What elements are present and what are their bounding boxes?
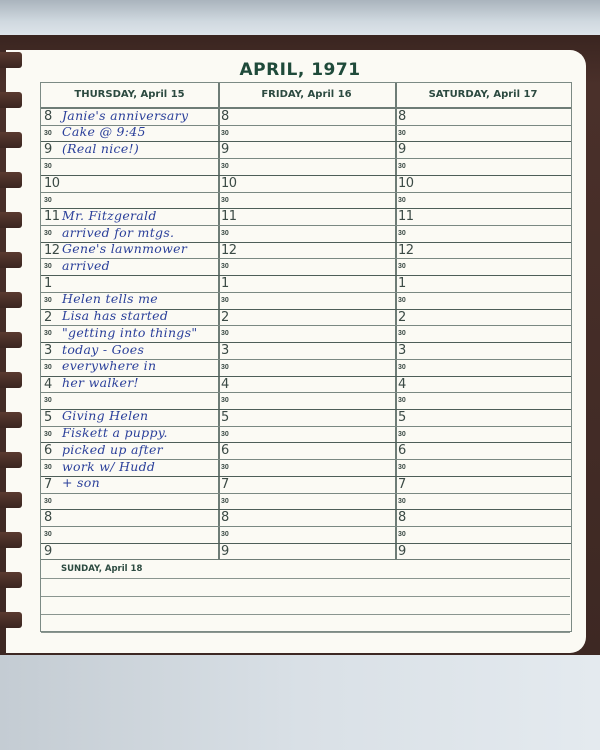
time-slot: 30 xyxy=(41,159,218,176)
spiral-ring xyxy=(0,612,22,628)
spiral-ring xyxy=(0,172,22,188)
time-label: 3 xyxy=(44,343,52,359)
time-slot: 2 xyxy=(218,310,395,327)
background-top xyxy=(0,0,600,35)
time-slot: 5 xyxy=(218,410,395,427)
time-label: 8 xyxy=(398,109,406,125)
time-slot: 9 xyxy=(41,544,218,561)
handwritten-note: Cake @ 9:45 xyxy=(62,124,146,139)
time-slot: 30 xyxy=(218,494,395,511)
time-label: 30 xyxy=(44,226,52,242)
time-slot: 30 xyxy=(395,393,571,410)
time-label: 30 xyxy=(44,126,52,142)
time-label: 30 xyxy=(44,527,52,543)
time-slot: 30 xyxy=(41,527,218,544)
time-slot: 30 xyxy=(41,494,218,511)
time-label: 9 xyxy=(221,142,229,158)
time-label: 1 xyxy=(44,276,52,292)
time-label: 30 xyxy=(398,159,406,175)
time-label: 30 xyxy=(221,126,229,142)
time-slot: 8 xyxy=(395,109,571,126)
time-label: 5 xyxy=(44,410,52,426)
day-header: FRIDAY, April 16 xyxy=(218,83,395,109)
time-label: 30 xyxy=(44,193,52,209)
time-slot: 12 xyxy=(395,243,571,260)
time-label: 30 xyxy=(398,193,406,209)
spiral-ring xyxy=(0,372,22,388)
time-slot: 30 xyxy=(395,293,571,310)
time-label: 10 xyxy=(398,176,414,192)
time-label: 4 xyxy=(398,377,406,393)
time-label: 30 xyxy=(221,360,229,376)
time-label: 2 xyxy=(221,310,229,326)
time-label: 30 xyxy=(398,126,406,142)
handwritten-note: Lisa has started xyxy=(62,308,168,323)
sunday-section: SUNDAY, April 18 xyxy=(41,559,570,631)
time-slot: 10 xyxy=(395,176,571,193)
time-label: 30 xyxy=(44,360,52,376)
time-label: 30 xyxy=(221,326,229,342)
time-label: 30 xyxy=(221,259,229,275)
time-slot: 1 xyxy=(41,276,218,293)
time-slot: 11 xyxy=(218,209,395,226)
time-slot: 30 xyxy=(218,460,395,477)
time-label: 30 xyxy=(221,293,229,309)
time-label: 10 xyxy=(44,176,60,192)
spiral-ring xyxy=(0,252,22,268)
time-label: 30 xyxy=(398,393,406,409)
time-label: 1 xyxy=(221,276,229,292)
time-label: 30 xyxy=(221,226,229,242)
spiral-ring xyxy=(0,452,22,468)
time-label: 30 xyxy=(398,360,406,376)
time-label: 9 xyxy=(44,142,52,158)
time-slot: 30 xyxy=(41,193,218,210)
time-slot: 9 xyxy=(395,544,571,561)
time-label: 8 xyxy=(221,109,229,125)
day-column-friday: FRIDAY, April 16 83093010301130123013023… xyxy=(218,83,397,559)
sunday-line xyxy=(41,579,570,597)
time-slot: 30 xyxy=(218,193,395,210)
time-label: 2 xyxy=(398,310,406,326)
spiral-ring xyxy=(0,92,22,108)
time-label: 30 xyxy=(398,326,406,342)
time-label: 30 xyxy=(398,427,406,443)
time-slot: 8 xyxy=(41,510,218,527)
time-label: 5 xyxy=(221,410,229,426)
handwritten-note: Helen tells me xyxy=(62,291,158,306)
time-label: 30 xyxy=(221,494,229,510)
time-label: 30 xyxy=(44,326,52,342)
time-label: 8 xyxy=(221,510,229,526)
day-column-saturday: SATURDAY, April 17 830930103011301230130… xyxy=(395,83,571,559)
spiral-ring xyxy=(0,572,22,588)
time-label: 4 xyxy=(221,377,229,393)
time-label: 30 xyxy=(221,393,229,409)
time-label: 30 xyxy=(44,460,52,476)
time-slot: 30 xyxy=(395,193,571,210)
spiral-ring xyxy=(0,132,22,148)
time-label: 30 xyxy=(221,159,229,175)
time-label: 12 xyxy=(221,243,237,259)
time-slot: 30 xyxy=(395,527,571,544)
handwritten-note: Janie's anniversary xyxy=(62,108,188,123)
time-label: 7 xyxy=(221,477,229,493)
time-label: 6 xyxy=(44,443,52,459)
time-slot: 10 xyxy=(218,176,395,193)
time-label: 9 xyxy=(398,142,406,158)
time-slot: 8 xyxy=(395,510,571,527)
time-slot: 30 xyxy=(395,494,571,511)
handwritten-note: her walker! xyxy=(62,375,139,390)
time-slot: 30 xyxy=(395,259,571,276)
background-bottom xyxy=(0,655,600,750)
time-slot: 30 xyxy=(395,226,571,243)
time-label: 30 xyxy=(221,460,229,476)
sunday-line xyxy=(41,597,570,615)
time-label: 8 xyxy=(44,510,52,526)
week-grid: THURSDAY, April 15 830930103011301230130… xyxy=(40,82,572,632)
time-slot: 8 xyxy=(218,109,395,126)
time-slot: 12 xyxy=(218,243,395,260)
time-label: 9 xyxy=(398,544,406,560)
time-slot: 3 xyxy=(218,343,395,360)
day-header: THURSDAY, April 15 xyxy=(41,83,218,109)
handwritten-note: Mr. Fitzgerald xyxy=(62,208,157,223)
time-label: 30 xyxy=(44,494,52,510)
time-label: 7 xyxy=(398,477,406,493)
time-label: 6 xyxy=(398,443,406,459)
time-slot: 4 xyxy=(395,377,571,394)
time-label: 30 xyxy=(44,393,52,409)
handwritten-note: (Real nice!) xyxy=(62,141,139,156)
time-slot: 10 xyxy=(41,176,218,193)
time-slot: 30 xyxy=(218,259,395,276)
time-label: 30 xyxy=(398,460,406,476)
time-slot: 30 xyxy=(395,126,571,143)
time-slot: 5 xyxy=(395,410,571,427)
day-header: SATURDAY, April 17 xyxy=(395,83,571,109)
time-label: 30 xyxy=(398,293,406,309)
time-label: 11 xyxy=(221,209,237,225)
time-label: 30 xyxy=(44,427,52,443)
time-slot: 3 xyxy=(395,343,571,360)
handwritten-note: Gene's lawnmower xyxy=(62,241,187,256)
time-slot: 9 xyxy=(395,142,571,159)
time-slot: 30 xyxy=(41,393,218,410)
time-slot: 30 xyxy=(395,159,571,176)
time-slot: 30 xyxy=(218,293,395,310)
time-slot: 9 xyxy=(218,142,395,159)
time-slot: 30 xyxy=(395,326,571,343)
time-slot: 30 xyxy=(395,460,571,477)
time-slot: 6 xyxy=(395,443,571,460)
time-label: 6 xyxy=(221,443,229,459)
time-slot: 1 xyxy=(218,276,395,293)
time-label: 4 xyxy=(44,377,52,393)
time-label: 30 xyxy=(44,293,52,309)
time-label: 11 xyxy=(44,209,60,225)
time-label: 30 xyxy=(221,193,229,209)
time-slot: 2 xyxy=(395,310,571,327)
time-label: 30 xyxy=(398,226,406,242)
time-slot: 30 xyxy=(218,226,395,243)
time-slot: 8 xyxy=(218,510,395,527)
handwritten-note: Giving Helen xyxy=(62,408,148,423)
handwritten-note: everywhere in xyxy=(62,358,156,373)
time-slot: 9 xyxy=(218,544,395,561)
time-label: 5 xyxy=(398,410,406,426)
time-label: 8 xyxy=(398,510,406,526)
handwritten-note: work w/ Hudd xyxy=(62,459,155,474)
time-label: 2 xyxy=(44,310,52,326)
time-slot: 30 xyxy=(218,159,395,176)
time-label: 30 xyxy=(221,427,229,443)
time-slot: 7 xyxy=(395,477,571,494)
time-label: 12 xyxy=(44,243,60,259)
handwritten-note: arrived for mtgs. xyxy=(62,225,174,240)
time-slot: 30 xyxy=(218,360,395,377)
spiral-ring xyxy=(0,492,22,508)
time-slot: 4 xyxy=(218,377,395,394)
spiral-ring xyxy=(0,412,22,428)
time-slot: 6 xyxy=(218,443,395,460)
time-slot: 30 xyxy=(218,326,395,343)
spiral-ring xyxy=(0,332,22,348)
time-label: 30 xyxy=(398,259,406,275)
time-slot: 30 xyxy=(218,527,395,544)
time-label: 11 xyxy=(398,209,414,225)
time-slot: 1 xyxy=(395,276,571,293)
time-label: 9 xyxy=(221,544,229,560)
month-title: APRIL, 1971 xyxy=(0,60,600,80)
time-label: 1 xyxy=(398,276,406,292)
sunday-line xyxy=(41,615,570,633)
handwritten-note: picked up after xyxy=(62,442,163,457)
time-label: 3 xyxy=(398,343,406,359)
time-slot: 30 xyxy=(395,427,571,444)
time-label: 7 xyxy=(44,477,52,493)
time-slot: 30 xyxy=(218,393,395,410)
time-label: 8 xyxy=(44,109,52,125)
sunday-header: SUNDAY, April 18 xyxy=(41,560,570,579)
handwritten-note: today - Goes xyxy=(62,342,144,357)
handwritten-note: Fiskett a puppy. xyxy=(62,425,168,440)
time-slot: 30 xyxy=(395,360,571,377)
handwritten-note: "getting into things" xyxy=(62,325,197,340)
time-slot: 30 xyxy=(218,126,395,143)
time-label: 9 xyxy=(44,544,52,560)
time-label: 30 xyxy=(44,159,52,175)
time-label: 30 xyxy=(398,527,406,543)
time-label: 30 xyxy=(221,527,229,543)
time-slot: 30 xyxy=(218,427,395,444)
time-label: 3 xyxy=(221,343,229,359)
time-slot: 7 xyxy=(218,477,395,494)
handwritten-note: + son xyxy=(62,475,100,490)
time-label: 12 xyxy=(398,243,414,259)
time-label: 30 xyxy=(398,494,406,510)
spiral-ring xyxy=(0,532,22,548)
handwritten-note: arrived xyxy=(62,258,110,273)
time-slot: 11 xyxy=(395,209,571,226)
spiral-ring xyxy=(0,212,22,228)
spiral-ring xyxy=(0,292,22,308)
time-label: 10 xyxy=(221,176,237,192)
time-label: 30 xyxy=(44,259,52,275)
